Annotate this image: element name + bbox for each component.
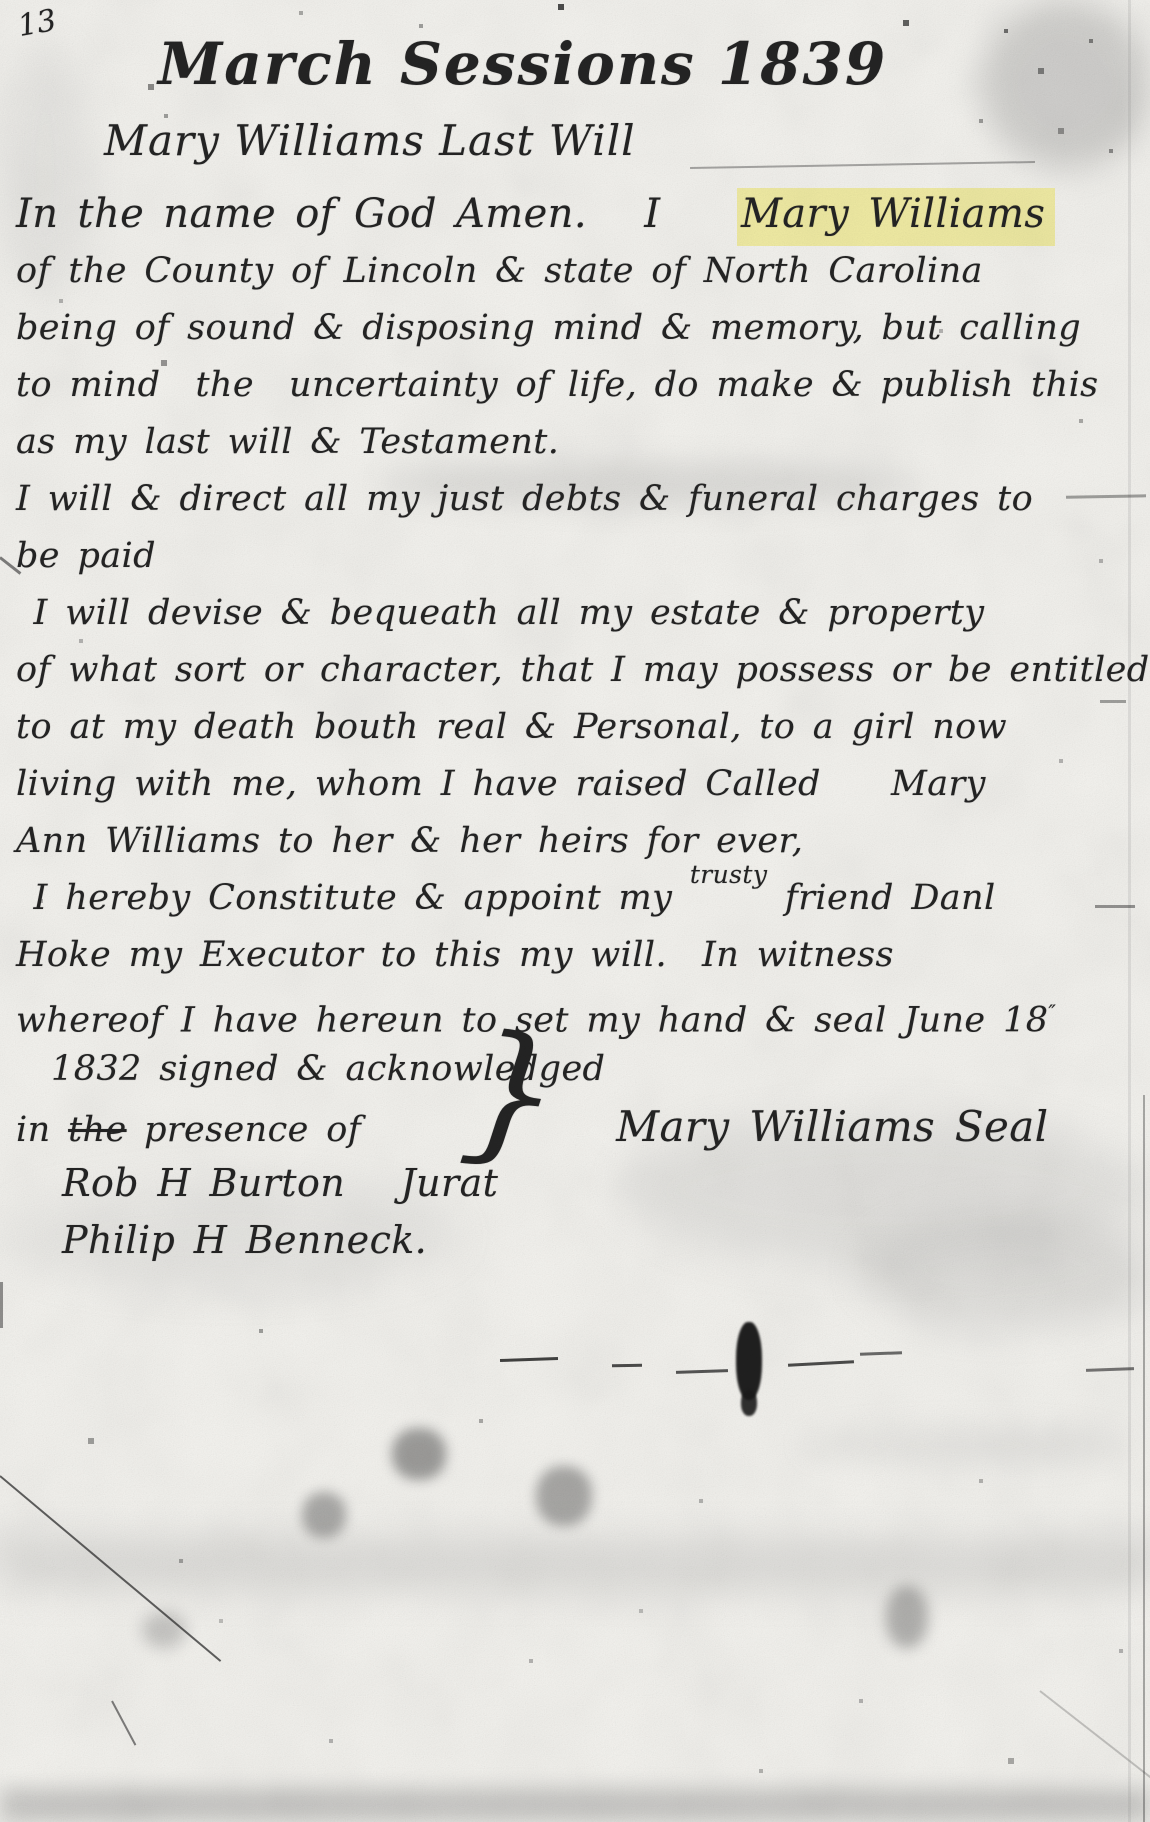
ink-dash bbox=[676, 1369, 728, 1374]
manuscript-line: being of sound & disposing mind & memory… bbox=[16, 300, 1136, 357]
ink-dash bbox=[860, 1351, 902, 1355]
text-run: living with me, whom I have raised Calle… bbox=[16, 764, 986, 804]
gray-wash bbox=[0, 1536, 1150, 1592]
document-subtitle: Mary Williams Last Will bbox=[104, 116, 636, 165]
text-run: I will devise & bequeath all my estate &… bbox=[16, 593, 984, 633]
manuscript-line: Ann Williams to her & her heirs for ever… bbox=[16, 813, 1136, 870]
text-run: of what sort or character, that I may po… bbox=[16, 650, 1150, 690]
text-run: Hoke my Executor to this my will. In wit… bbox=[16, 935, 894, 975]
manuscript-line: of the County of Lincoln & state of Nort… bbox=[16, 243, 1136, 300]
highlighted-text: Mary Williams bbox=[737, 188, 1055, 246]
manuscript-line: 1832 signed & acknowledged bbox=[16, 1041, 1136, 1098]
manuscript-line: to mind the uncertainty of life, do make… bbox=[16, 357, 1136, 414]
text-run: Ann Williams to her & her heirs for ever… bbox=[16, 821, 803, 861]
smudge-stain bbox=[302, 1492, 346, 1538]
ink-blob-stain bbox=[741, 1390, 757, 1416]
gray-wash bbox=[0, 1788, 1150, 1822]
smudge-stain bbox=[392, 1428, 446, 1480]
text-run: Rob H Burton Jurat bbox=[62, 1161, 498, 1205]
text-run: friend Danl bbox=[767, 878, 995, 918]
page-number: 13 bbox=[15, 3, 59, 44]
manuscript-line: be paid bbox=[16, 528, 1136, 585]
text-run: being of sound & disposing mind & memory… bbox=[16, 308, 1081, 348]
manuscript-lines: In the name of God Amen. I Mary Williams… bbox=[16, 186, 1136, 1269]
text-run: to mind the uncertainty of life, do make… bbox=[16, 365, 1099, 405]
manuscript-line: I will & direct all my just debts & fune… bbox=[16, 471, 1136, 528]
signature-name: Mary Williams bbox=[616, 1102, 955, 1151]
text-run: in bbox=[16, 1110, 68, 1150]
smudge-stain bbox=[142, 1612, 186, 1648]
ink-dash bbox=[612, 1364, 642, 1368]
ink-blob-stain bbox=[736, 1322, 762, 1400]
superscript-mark: ″ bbox=[1048, 1000, 1056, 1024]
document-title: March Sessions 1839 bbox=[158, 30, 887, 98]
gray-wash bbox=[800, 1425, 1130, 1465]
scratch-line bbox=[1039, 1690, 1150, 1796]
fold-line bbox=[1143, 1095, 1145, 1822]
scanned-will-page: 13 March Sessions 1839 Mary Williams Las… bbox=[0, 0, 1150, 1822]
ink-dash bbox=[788, 1360, 854, 1366]
smudge-stain bbox=[536, 1466, 592, 1526]
inserted-word: trusty bbox=[690, 846, 768, 903]
text-run: to at my death bouth real & Personal, to… bbox=[16, 707, 1007, 747]
scratch-line bbox=[111, 1701, 136, 1746]
text-run: Philip H Benneck. bbox=[62, 1218, 427, 1262]
ink-dash bbox=[500, 1357, 558, 1362]
witness-signature-line: Philip H Benneck. bbox=[16, 1212, 1136, 1269]
manuscript-line: to at my death bouth real & Personal, to… bbox=[16, 699, 1136, 756]
gray-wash bbox=[980, 0, 1150, 170]
scratch-line bbox=[0, 1475, 221, 1662]
text-run: I will & direct all my just debts & fune… bbox=[16, 479, 1033, 519]
manuscript-line: as my last will & Testament. bbox=[16, 414, 1136, 471]
seal-mark: Seal bbox=[955, 1102, 1049, 1151]
struck-word: the bbox=[68, 1110, 127, 1150]
speckles bbox=[0, 0, 2, 2]
text-run: In the name of God Amen. I bbox=[16, 191, 737, 237]
text-run: be paid bbox=[16, 536, 156, 576]
manuscript-line: I hereby Constitute & appoint my trusty … bbox=[16, 870, 1136, 927]
text-run: as my last will & Testament. bbox=[16, 422, 559, 462]
text-run: I hereby Constitute & appoint my bbox=[16, 878, 690, 918]
manuscript-line: I will devise & bequeath all my estate &… bbox=[16, 585, 1136, 642]
manuscript-line: Hoke my Executor to this my will. In wit… bbox=[16, 927, 1136, 984]
witness-signature-line: Rob H Burton Jurat bbox=[16, 1155, 1136, 1212]
manuscript-line: in the presence ofMary Williams Seal bbox=[16, 1098, 1136, 1155]
smudge-stain bbox=[886, 1586, 928, 1648]
manuscript-line: whereof I have hereun to set my hand & s… bbox=[16, 984, 1136, 1041]
scratch-line bbox=[0, 1282, 3, 1328]
manuscript-line: In the name of God Amen. I Mary Williams bbox=[16, 186, 1136, 243]
brace-flourish: } bbox=[455, 1013, 568, 1174]
manuscript-line: living with me, whom I have raised Calle… bbox=[16, 756, 1136, 813]
text-run: of the County of Lincoln & state of Nort… bbox=[16, 251, 983, 291]
ink-dash bbox=[1086, 1367, 1134, 1372]
faint-underline bbox=[690, 161, 1035, 169]
text-run: presence of bbox=[127, 1110, 361, 1150]
manuscript-line: of what sort or character, that I may po… bbox=[16, 642, 1136, 699]
